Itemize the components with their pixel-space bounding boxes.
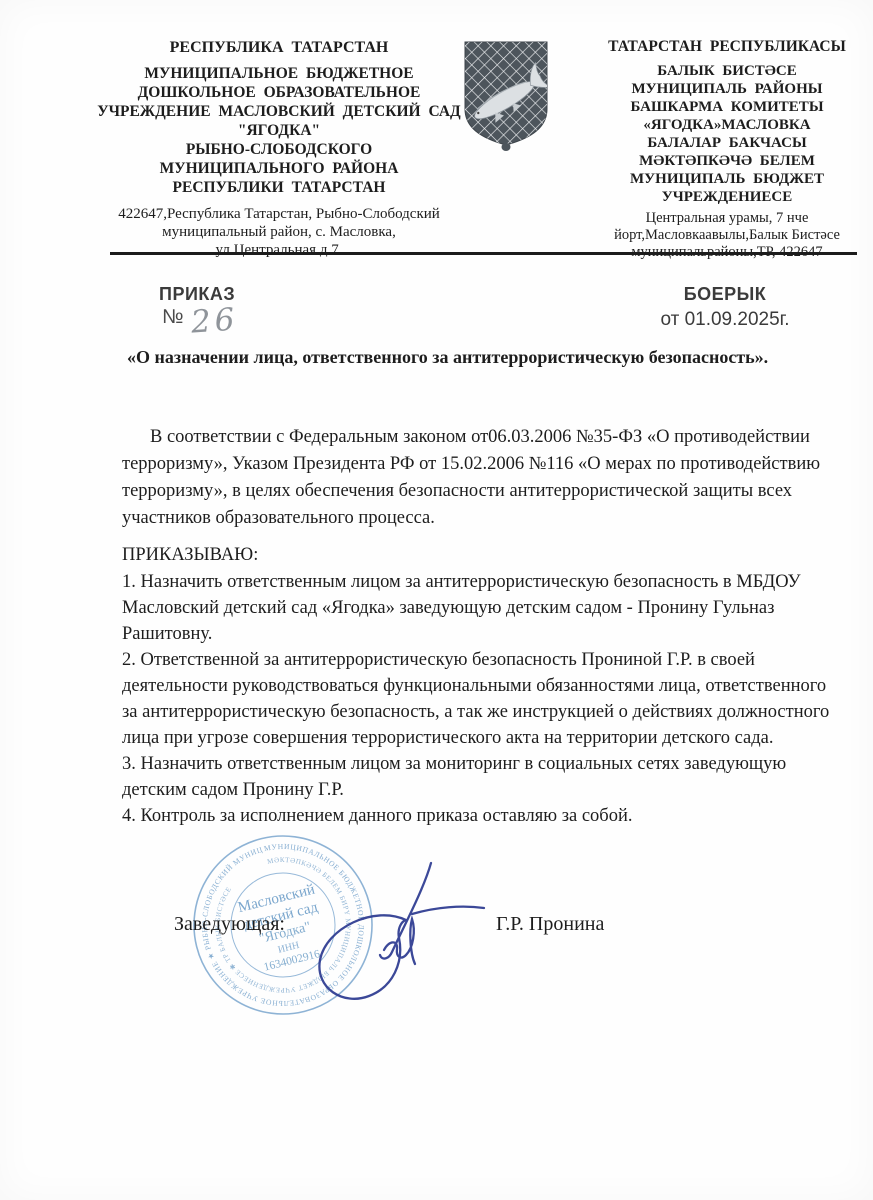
handwritten-signature [300, 850, 500, 1020]
org-line: МУНИЦИПАЛЬ РАЙОНЫ [588, 80, 866, 98]
number-sign: № [162, 306, 183, 329]
org-block-russian: РЕСПУБЛИКА ТАТАРСТАН МУНИЦИПАЛЬНОЕ БЮДЖЕ… [88, 38, 470, 259]
order-item-3: 3. Назначить ответственным лицом за мони… [122, 751, 842, 803]
org-line: МУНИЦИПАЛЬНОГО РАЙОНА [88, 159, 470, 178]
org-line: РЕСПУБЛИКА ТАТАРСТАН [88, 38, 470, 57]
order-item-2: 2. Ответственной за антитеррористическую… [122, 647, 842, 751]
org-line: МӘКТӘПКӘЧӘ БЕЛЕМ [588, 152, 866, 170]
org-line: УЧРЕЖДЕНИЕ МАСЛОВСКИЙ ДЕТСКИЙ САД [88, 102, 470, 121]
org-line: «ЯГОДКА»МАСЛОВКА [588, 116, 866, 134]
doc-number: № 26 [162, 306, 239, 336]
order-title: «О назначении лица, ответственного за ан… [127, 346, 775, 369]
org-block-tatar: ТАТАРСТАН РЕСПУБЛИКАСЫ БАЛЫК БИСТӘСЕ МУН… [588, 38, 866, 261]
order-item-4: 4. Контроль за исполнением данного прика… [122, 803, 842, 829]
order-body: В соответствии с Федеральным законом от0… [122, 424, 842, 829]
org-line: "ЯГОДКА" [88, 121, 470, 140]
coat-of-arms-icon [459, 39, 553, 153]
org-line: РЕСПУБЛИКИ ТАТАРСТАН [88, 178, 470, 197]
org-line: ДОШКОЛЬНОЕ ОБРАЗОВАТЕЛЬНОЕ [88, 83, 470, 102]
signer-name: Г.Р. Пронина [496, 913, 604, 936]
org-address-russian: 422647,Республика Татарстан, Рыбно-Слобо… [88, 205, 470, 259]
address-line: йорт,Масловкаавылы,Балык Бистәсе [588, 227, 866, 244]
org-line: БАЛАЛАР БАКЧАСЫ [588, 134, 866, 152]
signer-role-label: Заведующая: [174, 913, 285, 936]
org-line: БАЛЫК БИСТӘСЕ [588, 62, 866, 80]
org-line: МУНИЦИПАЛЬНОЕ БЮДЖЕТНОЕ [88, 64, 470, 83]
intro-paragraph: В соответствии с Федеральным законом от0… [122, 424, 842, 532]
handwritten-number: 26 [190, 304, 239, 337]
scanned-order-document: РЕСПУБЛИКА ТАТАРСТАН МУНИЦИПАЛЬНОЕ БЮДЖЕ… [0, 0, 873, 1200]
org-line: РЫБНО-СЛОБОДСКОГО [88, 140, 470, 159]
order-item-1: 1. Назначить ответственным лицом за анти… [122, 569, 842, 647]
org-line: МУНИЦИПАЛЬ БЮДЖЕТ [588, 170, 866, 188]
doc-type-boerik: БОЕРЫК [630, 284, 820, 305]
header-divider [110, 252, 857, 255]
resolve-heading: ПРИКАЗЫВАЮ: [122, 542, 842, 569]
org-line: УЧРЕЖДЕНИЕСЕ [588, 188, 866, 206]
address-line: Центральная урамы, 7 нче [588, 210, 866, 227]
org-line: БАШКАРМА КОМИТЕТЫ [588, 98, 866, 116]
address-line: ул.Центральная д.7. [88, 241, 470, 259]
address-line: 422647,Республика Татарстан, Рыбно-Слобо… [88, 205, 470, 223]
address-line: муниципальный район, с. Масловка, [88, 223, 470, 241]
doc-date: от 01.09.2025г. [630, 309, 820, 331]
org-line: ТАТАРСТАН РЕСПУБЛИКАСЫ [588, 38, 866, 56]
doc-type-date-block: БОЕРЫК от 01.09.2025г. [630, 284, 820, 331]
